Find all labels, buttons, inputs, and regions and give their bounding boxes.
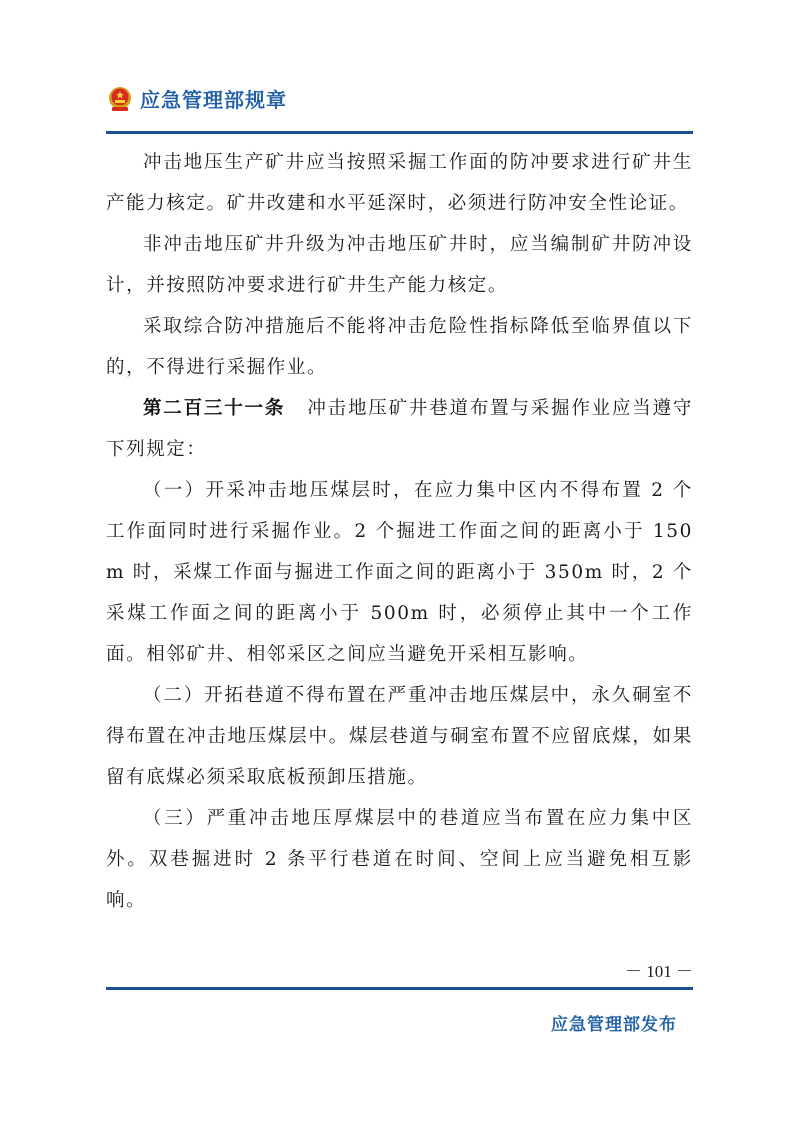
clause-item: （三）严重冲击地压厚煤层中的巷道应当布置在应力集中区外。双巷掘进时 2 条平行巷… bbox=[106, 798, 693, 921]
header-divider bbox=[106, 131, 693, 134]
footer-divider bbox=[106, 987, 693, 990]
header-title: 应急管理部规章 bbox=[140, 84, 287, 113]
document-body: 冲击地压生产矿井应当按照采掘工作面的防冲要求进行矿井生产能力核定。矿井改建和水平… bbox=[106, 142, 693, 921]
footer-publisher: 应急管理部发布 bbox=[551, 1010, 677, 1035]
page-header: 应急管理部规章 bbox=[106, 84, 287, 113]
national-emblem-icon bbox=[106, 85, 134, 113]
article-paragraph: 第二百三十一条冲击地压矿井巷道布置与采掘作业应当遵守下列规定： bbox=[106, 388, 693, 470]
paragraph: 采取综合防冲措施后不能将冲击危险性指标降低至临界值以下的，不得进行采掘作业。 bbox=[106, 306, 693, 388]
paragraph: 冲击地压生产矿井应当按照采掘工作面的防冲要求进行矿井生产能力核定。矿井改建和水平… bbox=[106, 142, 693, 224]
article-heading: 第二百三十一条 bbox=[143, 398, 285, 419]
paragraph: 非冲击地压矿井升级为冲击地压矿井时，应当编制矿井防冲设计，并按照防冲要求进行矿井… bbox=[106, 224, 693, 306]
clause-item: （一）开采冲击地压煤层时，在应力集中区内不得布置 2 个工作面同时进行采掘作业。… bbox=[106, 470, 693, 675]
clause-item: （二）开拓巷道不得布置在严重冲击地压煤层中，永久硐室不得布置在冲击地压煤层中。煤… bbox=[106, 675, 693, 798]
page-number: － 101 － bbox=[625, 957, 693, 982]
